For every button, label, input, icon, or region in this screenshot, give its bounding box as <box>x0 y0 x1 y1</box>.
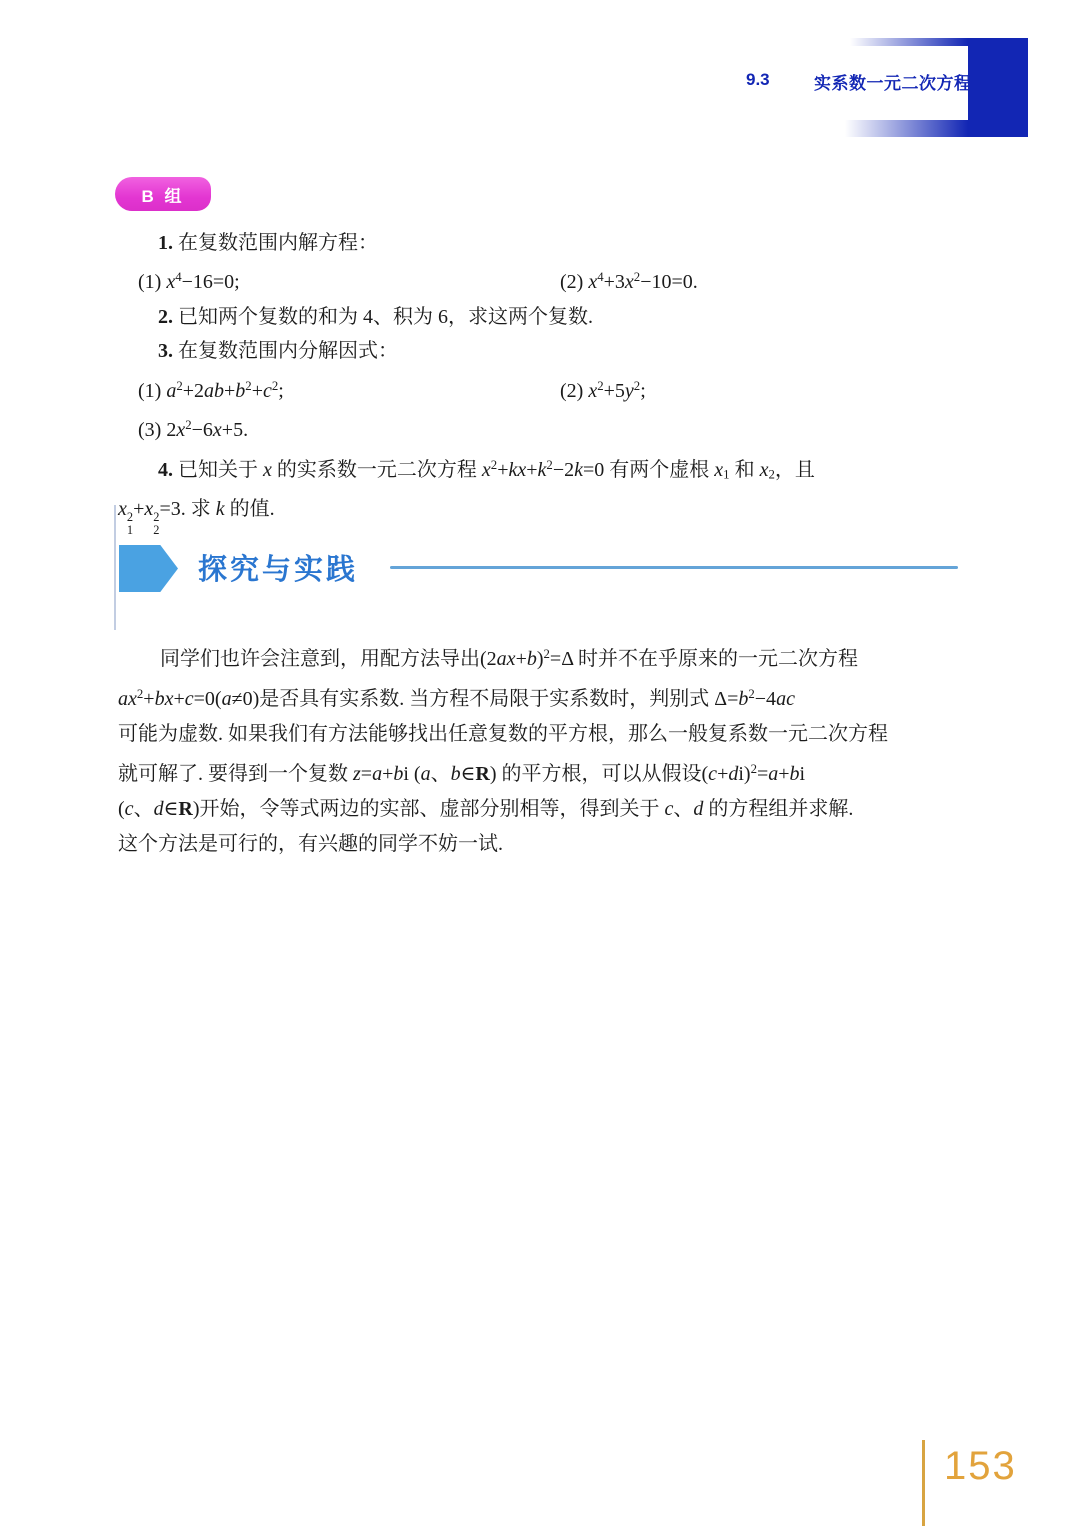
text-segment: 这个方法是可行的，有兴趣的同学不妨一试. <box>118 833 503 855</box>
text-segment: ) 的平方根，可以从假设( <box>490 763 708 785</box>
text-segment: + <box>382 763 393 785</box>
text-segment: + <box>224 380 235 402</box>
paragraph-line: 这个方法是可行的，有兴趣的同学不妨一试. <box>118 827 964 862</box>
text-segment: x <box>213 419 222 441</box>
text-segment: k <box>574 459 583 481</box>
exercise-line: x21+x22=3. 求 k 的值. <box>118 492 964 537</box>
text-segment: i) <box>738 763 750 785</box>
text-segment: 已知两个复数的和为 4、积为 6，求这两个复数. <box>178 306 593 328</box>
text-segment: x <box>588 271 597 293</box>
second-column: (2) x2+5y2; <box>560 369 646 408</box>
text-segment: )开始，令等式两边的实部、虚部分别相等，得到关于 <box>193 798 665 820</box>
text-segment: +5 <box>604 380 625 402</box>
text-segment: (2) <box>560 271 588 293</box>
exercise-line: 1. 在复数范围内解方程： <box>118 226 964 260</box>
exercise-list: 1. 在复数范围内解方程：(1) x4−16=0;(2) x4+3x2−10=0… <box>118 226 964 537</box>
header-gradient-strip-bottom <box>845 120 968 137</box>
text-segment: a <box>768 763 778 785</box>
text-segment: =Δ 时并不在乎原来的一元二次方程 <box>550 648 858 670</box>
text-segment: c <box>185 688 194 710</box>
text-segment: bx <box>155 688 174 710</box>
text-segment: d <box>728 763 738 785</box>
text-segment: (2) <box>560 380 588 402</box>
text-segment: = <box>361 763 372 785</box>
paragraph-line: (c、d∈R)开始，令等式两边的实部、虚部分别相等，得到关于 c、d 的方程组并… <box>118 792 964 827</box>
text-segment: a <box>222 688 232 710</box>
footer-rule <box>922 1440 925 1526</box>
text-segment: 就可解了. 要得到一个复数 <box>118 763 353 785</box>
exercise-line: (1) x4−16=0;(2) x4+3x2−10=0. <box>118 260 964 299</box>
text-segment: (1) <box>138 380 166 402</box>
text-segment: d <box>154 798 164 820</box>
text-segment: x <box>588 380 597 402</box>
text-segment: + <box>778 763 789 785</box>
text-segment: ≠0)是否具有实系数. 当方程不局限于实系数时，判别式 Δ= <box>232 688 739 710</box>
text-segment: 、 <box>431 763 451 785</box>
text-segment: 已知关于 <box>178 459 263 481</box>
exercise-group-badge: B 组 <box>115 177 211 211</box>
text-segment: x <box>482 459 491 481</box>
header-gradient-strip-top <box>850 38 968 46</box>
text-segment: b <box>790 763 800 785</box>
text-segment: (3) 2 <box>138 419 176 441</box>
text-segment: i ( <box>403 763 420 785</box>
paragraph-line: 可能为虚数. 如果我们有方法能够找出任意复数的平方根，那么一般复系数一元二次方程 <box>118 717 964 752</box>
text-segment: 在复数范围内解方程： <box>178 232 378 254</box>
text-segment: ( <box>118 798 125 820</box>
text-segment: −6 <box>192 419 213 441</box>
text-segment: ax <box>118 688 137 710</box>
text-segment: b <box>393 763 403 785</box>
text-segment: d <box>693 798 703 820</box>
text-segment: 、 <box>673 798 693 820</box>
text-segment: 2. <box>158 306 178 328</box>
text-segment: x <box>714 459 723 481</box>
text-segment: x <box>118 498 127 520</box>
text-segment: R <box>178 798 192 820</box>
text-segment: =3. 求 <box>159 498 215 520</box>
text-segment: 的值. <box>225 498 275 520</box>
text-segment: ，且 <box>775 459 815 481</box>
text-segment: ; <box>278 380 284 402</box>
text-segment: + <box>516 648 527 670</box>
text-segment: 3. <box>158 340 178 362</box>
text-segment: kx <box>508 459 526 481</box>
exercise-line: (1) a2+2ab+b2+c2;(2) x2+5y2; <box>118 369 964 408</box>
exercise-line: 3. 在复数范围内分解因式： <box>118 334 964 368</box>
text-segment: −2 <box>553 459 574 481</box>
text-segment: + <box>526 459 537 481</box>
text-segment: x <box>166 271 175 293</box>
text-segment: 的实系数一元二次方程 <box>272 459 482 481</box>
text-segment: x <box>144 498 153 520</box>
exercise-line: (3) 2x2−6x+5. <box>118 408 964 447</box>
text-segment: =0( <box>194 688 222 710</box>
text-segment: c <box>263 380 272 402</box>
text-segment: +5. <box>222 419 248 441</box>
text-segment: 同学们也许会注意到，用配方法导出(2 <box>160 648 497 670</box>
text-segment: x <box>625 271 634 293</box>
second-column: (2) x4+3x2−10=0. <box>560 260 698 299</box>
section-divider-line <box>390 566 958 569</box>
text-segment: 1. <box>158 232 178 254</box>
text-segment: ; <box>640 380 646 402</box>
text-segment: 和 <box>730 459 760 481</box>
text-segment: y <box>625 380 634 402</box>
exercise-line: 4. 已知关于 x 的实系数一元二次方程 x2+kx+k2−2k=0 有两个虚根… <box>118 448 964 492</box>
text-segment: + <box>143 688 154 710</box>
text-segment: 4. <box>158 459 178 481</box>
text-segment: x <box>176 419 185 441</box>
text-segment: + <box>497 459 508 481</box>
text-segment: −10=0. <box>640 271 698 293</box>
text-segment: b <box>235 380 245 402</box>
text-segment: ac <box>776 688 795 710</box>
text-segment: b <box>738 688 748 710</box>
text-segment: a <box>372 763 382 785</box>
section-title: 实系数一元二次方程 <box>814 69 972 94</box>
text-segment: 可能为虚数. 如果我们有方法能够找出任意复数的平方根，那么一般复系数一元二次方程 <box>118 723 888 745</box>
text-segment: b <box>527 648 537 670</box>
text-segment: ) <box>537 648 544 670</box>
text-segment: a <box>421 763 431 785</box>
text-segment: i <box>800 763 806 785</box>
text-segment: 、 <box>134 798 154 820</box>
text-segment: + <box>717 763 728 785</box>
text-segment: +2 <box>183 380 204 402</box>
text-segment: ab <box>204 380 224 402</box>
text-segment: + <box>173 688 184 710</box>
text-segment: c <box>708 763 717 785</box>
text-segment: + <box>133 498 144 520</box>
text-segment: ax <box>497 648 516 670</box>
header-blue-block <box>968 38 1028 137</box>
textbook-page: 9.3 实系数一元二次方程 B 组 1. 在复数范围内解方程：(1) x4−16… <box>0 0 1080 1526</box>
paragraph-line: 同学们也许会注意到，用配方法导出(2ax+b)2=Δ 时并不在乎原来的一元二次方… <box>118 637 964 677</box>
text-segment: ∈ <box>164 798 179 820</box>
arrow-right-icon <box>119 545 178 592</box>
section-left-rule <box>114 505 116 630</box>
text-segment: = <box>757 763 768 785</box>
paragraph-line: ax2+bx+c=0(a≠0)是否具有实系数. 当方程不局限于实系数时，判别式 … <box>118 677 964 717</box>
text-segment: −16=0; <box>182 271 240 293</box>
text-segment: x <box>263 459 272 481</box>
text-segment: z <box>353 763 361 785</box>
section-number: 9.3 <box>746 70 770 90</box>
section-heading: 探究与实践 <box>198 547 358 588</box>
text-segment: =0 有两个虚根 <box>583 459 714 481</box>
text-segment: + <box>252 380 263 402</box>
exercise-line: 2. 已知两个复数的和为 4、积为 6，求这两个复数. <box>118 300 964 334</box>
text-segment: b <box>451 763 461 785</box>
text-segment: k <box>216 498 225 520</box>
text-segment: 的方程组并求解. <box>703 798 853 820</box>
text-segment: ∈ <box>461 763 476 785</box>
page-number: 153 <box>944 1444 1017 1489</box>
paragraph-line: 就可解了. 要得到一个复数 z=a+bi (a、b∈R) 的平方根，可以从假设(… <box>118 752 964 792</box>
text-segment: +3 <box>604 271 625 293</box>
body-paragraph: 同学们也许会注意到，用配方法导出(2ax+b)2=Δ 时并不在乎原来的一元二次方… <box>118 637 964 862</box>
text-segment: −4 <box>755 688 776 710</box>
text-segment: a <box>166 380 176 402</box>
text-segment: c <box>125 798 134 820</box>
text-segment: R <box>475 763 489 785</box>
text-segment: (1) <box>138 271 166 293</box>
text-segment: 在复数范围内分解因式： <box>178 340 398 362</box>
